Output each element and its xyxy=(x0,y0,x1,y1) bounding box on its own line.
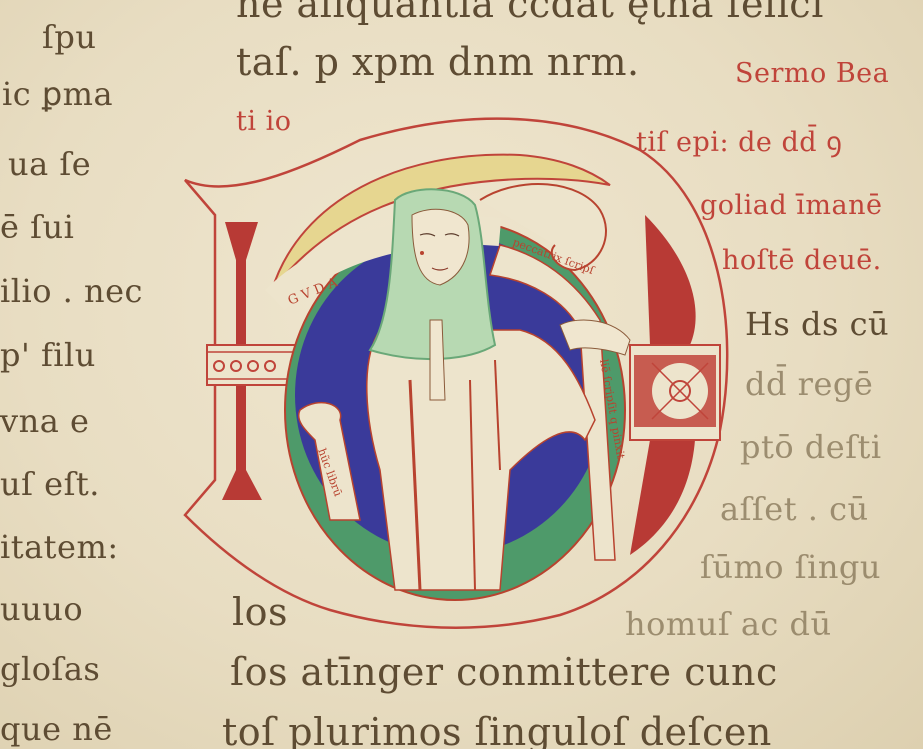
text-line: ua ſe xyxy=(8,145,91,183)
rubric-line: tiſ epi: de dd̄ ꝯ xyxy=(636,122,842,159)
rubric-heading: Sermo Bea xyxy=(735,58,889,89)
text-line: dd̄ regē xyxy=(745,365,873,403)
text-line: ſpu xyxy=(42,18,96,56)
rubric-fragment: ti io xyxy=(236,106,291,137)
rubric-line: hoſtē deuē. xyxy=(722,245,882,276)
text-line: ne aliquantla ccdat ętna felici xyxy=(236,0,824,26)
rubric-line: goliad īmanē xyxy=(700,190,882,221)
text-line: uuuo xyxy=(0,590,83,628)
text-line: gloſas xyxy=(0,650,100,688)
text-line: vna e xyxy=(0,402,89,440)
text-line: ſos atīnger conmittere cunc xyxy=(230,650,778,694)
text-line: ptō deſti xyxy=(740,428,882,466)
text-line: ic ꝑma xyxy=(2,75,113,113)
text-line: ē ſui xyxy=(0,208,74,246)
text-line: homuſ ac dū xyxy=(625,605,832,643)
text-line: toſ plurimos ſinguloſ deſcen xyxy=(222,710,772,749)
text-line: ſūmo ſingu xyxy=(700,548,881,586)
text-line: Hs ds cū xyxy=(745,305,889,343)
text-line: uſ eſt. xyxy=(0,465,100,503)
text-line: que nē xyxy=(0,710,113,748)
text-line: ilio . nec xyxy=(0,272,143,310)
text-line: los xyxy=(232,590,288,634)
text-line: taſ. p xpm dnm nrm. xyxy=(236,40,640,84)
text-line: aſſet . cū xyxy=(720,490,869,528)
text-line: p' filu xyxy=(0,336,96,374)
text-line: itatem: xyxy=(0,528,119,566)
